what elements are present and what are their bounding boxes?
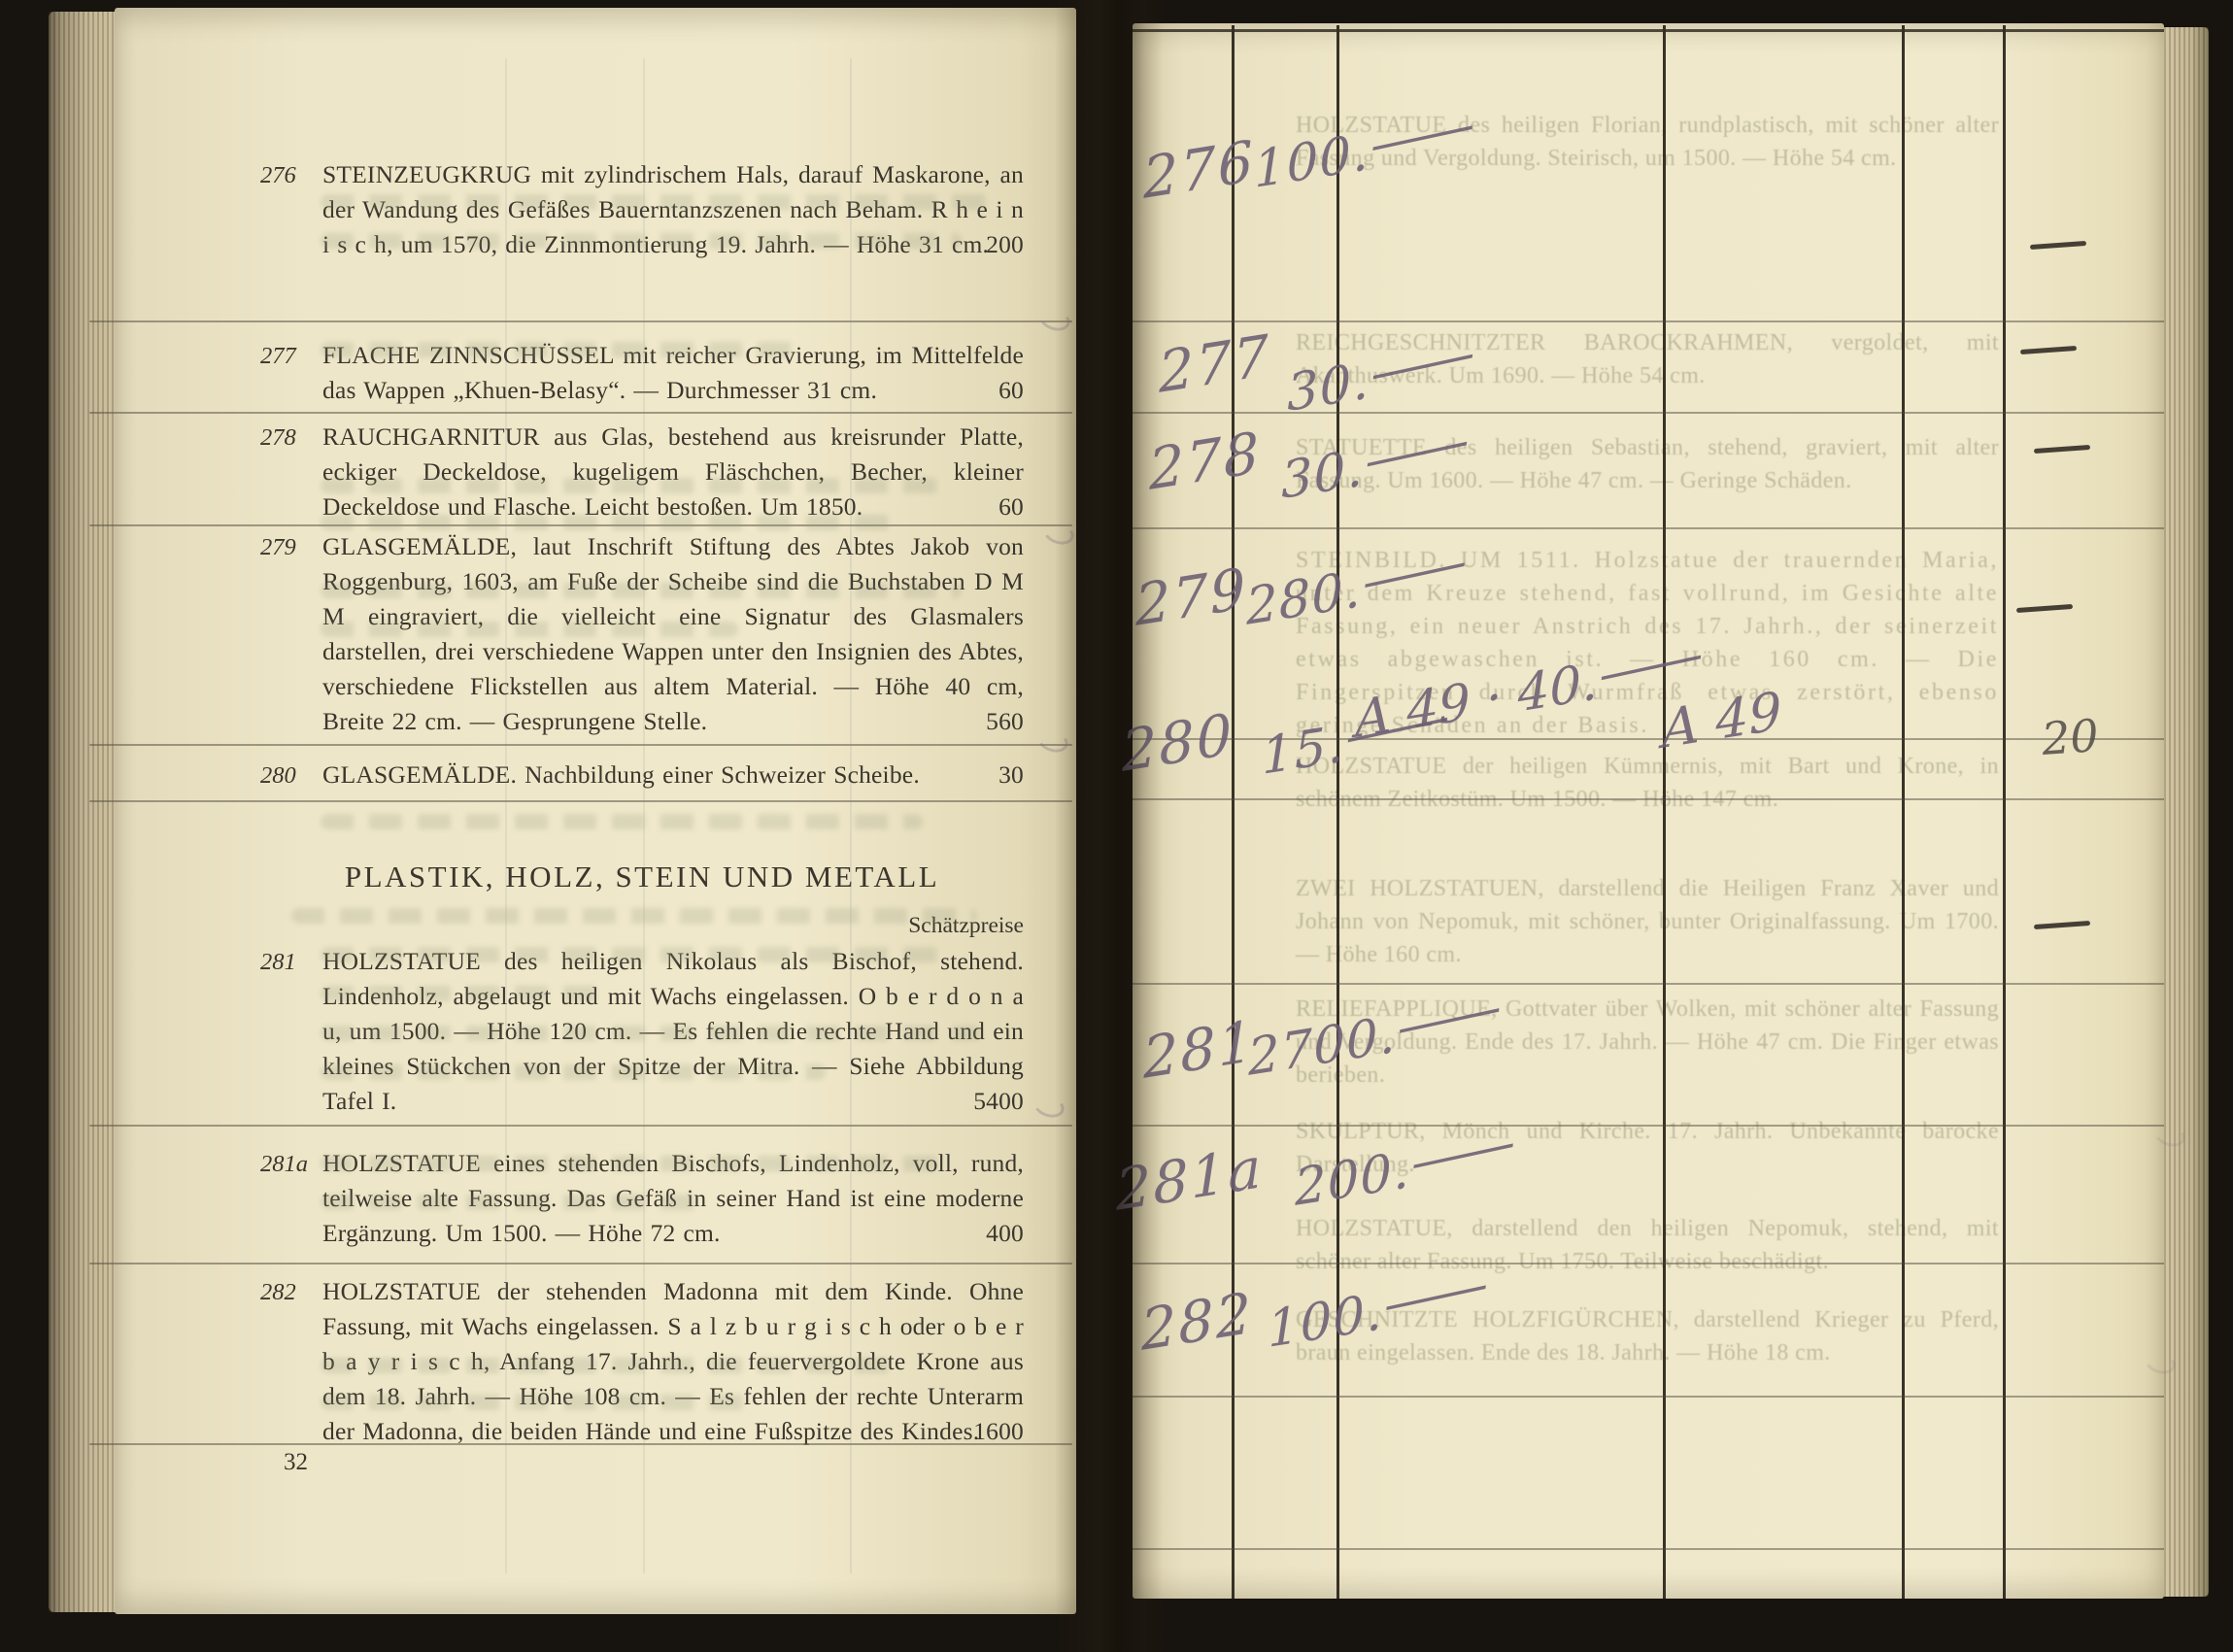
catalog-entry: 280GLASGEMÄLDE. Nachbildung einer Schwei… [260, 758, 1024, 792]
ruled-line-horizontal [1133, 29, 2164, 32]
ruled-line-horizontal [1133, 320, 2164, 322]
entry-price: 200 [986, 227, 1024, 262]
ruled-line-horizontal [1133, 1125, 2164, 1127]
bleedthrough-smudge [321, 233, 962, 249]
entry-price: 30 [998, 758, 1024, 792]
entry-lot-number: 282 [260, 1275, 315, 1310]
bleedthrough-smudge [321, 1195, 709, 1210]
bleedthrough-text: HOLZSTATUE, darstellend den heiligen Nep… [1296, 1212, 1999, 1278]
bleedthrough-text: ZWEI HOLZSTATUEN, darstellend die Heilig… [1296, 872, 1999, 971]
bleedthrough-smudge [321, 342, 806, 357]
entry-separator-line [89, 1125, 1072, 1127]
bleedthrough-smudge [321, 986, 612, 1001]
ruled-line-vertical [1232, 25, 1235, 1599]
catalog-entry: 278RAUCHGARNITUR aus Glas, bestehend aus… [260, 420, 1024, 524]
bleedthrough-smudge [321, 622, 738, 637]
entry-lot-number: 281a [260, 1147, 315, 1182]
bleedthrough-smudge [321, 1064, 826, 1080]
entry-separator-line [89, 412, 1072, 414]
bleedthrough-smudge [321, 1358, 903, 1373]
bleedthrough-smudge [291, 908, 977, 924]
bleedthrough-smudge [321, 515, 903, 530]
section-heading: PLASTIK, HOLZ, STEIN UND METALL [260, 860, 1024, 894]
entry-separator-line [89, 744, 1072, 746]
entry-separator-line [89, 800, 1072, 802]
entry-price: 5400 [973, 1084, 1024, 1119]
entry-lot-number: 277 [260, 339, 315, 374]
entry-lot-number: 280 [260, 759, 315, 793]
ruled-line-vertical [1902, 25, 1905, 1599]
entry-lot-number: 279 [260, 530, 315, 565]
bleedthrough-smudge [321, 1395, 748, 1410]
ruled-line-horizontal [1133, 798, 2164, 800]
entry-lot-number: 278 [260, 421, 315, 455]
entry-text: GLASGEMÄLDE. Nachbildung einer Schweizer… [322, 760, 920, 789]
bleedthrough-smudge [321, 1026, 981, 1041]
ruled-line-horizontal [1133, 1548, 2164, 1550]
entry-lot-number: 281 [260, 945, 315, 980]
entry-price: 560 [986, 704, 1024, 739]
entry-text: RAUCHGARNITUR aus Glas, bestehend aus kr… [322, 422, 1024, 521]
ruled-line-vertical [1336, 25, 1339, 1599]
entry-price: 60 [998, 373, 1024, 408]
ruled-line-horizontal [1133, 1263, 2164, 1264]
bleedthrough-smudge [321, 947, 952, 962]
entry-separator-line [89, 320, 1072, 322]
page-edge-stack-left [49, 12, 117, 1612]
entry-lot-number: 276 [260, 158, 315, 193]
ruled-line-horizontal [1133, 527, 2164, 529]
entry-separator-line [89, 1263, 1072, 1264]
bleedthrough-smudge [321, 1156, 942, 1171]
bleedthrough-smudge [321, 814, 923, 829]
bleedthrough-smudge [321, 583, 962, 598]
entry-price: 400 [986, 1216, 1024, 1251]
ruled-line-vertical [2003, 25, 2006, 1599]
bleedthrough-smudge [321, 478, 942, 493]
bleedthrough-smudge [321, 194, 1000, 210]
book-photo: PLASTIK, HOLZ, STEIN UND METALL Schätzpr… [0, 0, 2233, 1652]
entry-separator-line [89, 1443, 1072, 1445]
handwritten-margin-number: 20 [2040, 709, 2100, 765]
entry-price: 60 [998, 489, 1024, 524]
ruled-line-horizontal [1133, 1396, 2164, 1398]
ruled-line-horizontal [1133, 983, 2164, 985]
ruled-line-vertical [1663, 25, 1666, 1599]
bleedthrough-text: HOLZSTATUE der heiligen Kümmernis, mit B… [1296, 750, 1999, 816]
page-number: 32 [284, 1449, 308, 1476]
